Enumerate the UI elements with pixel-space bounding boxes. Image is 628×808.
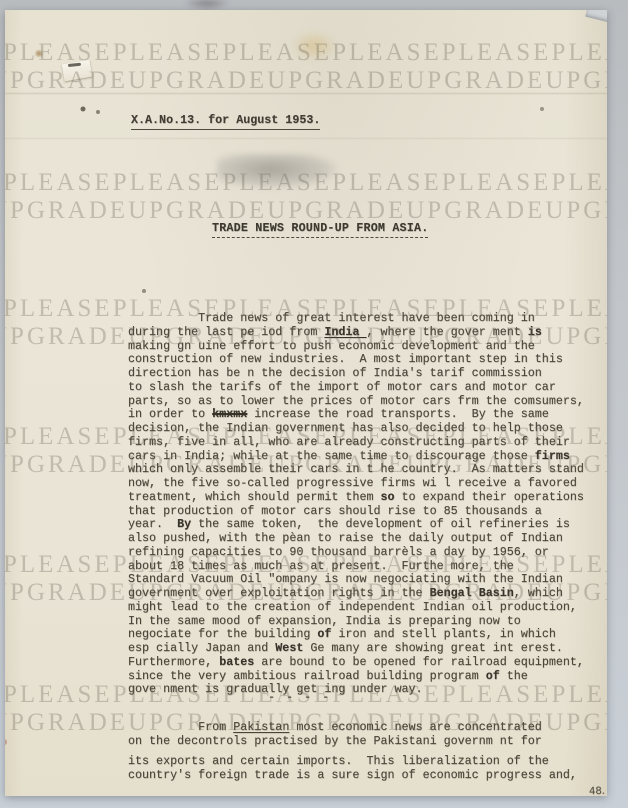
typed-line: that production of motor cars should ris… — [128, 505, 584, 519]
paragraph-pakistan: From Pakistan most economic news are con… — [128, 721, 577, 783]
typed-line: firms, five in all, who are already cons… — [128, 436, 584, 450]
document-reference: X.A.No.13. for August 1953. — [131, 113, 320, 130]
typed-line: since the very ambitious railroad buildi… — [128, 670, 584, 684]
typed-line: decision, the Indian government has also… — [128, 422, 584, 436]
typed-line: From Pakistan most economic news are con… — [128, 721, 577, 735]
paper-sheet: X.A.No.13. for August 1953. TRADE NEWS R… — [5, 10, 607, 796]
typed-line: also pushed, with the pèan to raise the … — [128, 532, 584, 546]
typed-line: country's foreign trade is a sure sign o… — [128, 769, 577, 783]
typed-line: about 18 times as much as at present. Fu… — [128, 560, 584, 574]
typed-line: gove nment is gradually get ing under wa… — [128, 683, 584, 697]
typed-line: esp cially Japan and West Ge many are sh… — [128, 642, 584, 656]
paragraph-india: Trade news of great interest have been c… — [128, 312, 584, 697]
typed-line: its exports and certain imports. This li… — [128, 755, 577, 769]
typed-line: year. By the same token, the development… — [128, 518, 584, 532]
document-content: X.A.No.13. for August 1953. TRADE NEWS R… — [5, 10, 607, 796]
typed-line: making gn uine effort to push economic d… — [128, 340, 584, 354]
separator-dashes: - - - - — [268, 690, 331, 704]
page-number: 48. — [589, 786, 605, 796]
typed-line: on the decontrols practised by the Pakis… — [128, 735, 577, 749]
typed-line: government over exploitation rights in t… — [128, 587, 584, 601]
typed-line: parts, so as to lower the prices of moto… — [128, 395, 584, 409]
typed-line: now, the five so-called progressive firm… — [128, 477, 584, 491]
typed-line: cars in India; while at the same time to… — [128, 450, 584, 464]
typed-line: refining capacities to 90 thousand barrè… — [128, 546, 584, 560]
typed-line: to slash the tarifs of the import of mot… — [128, 381, 584, 395]
typed-line: negociate for the building of iron and s… — [128, 628, 584, 642]
typed-line: In the same mood of expansion, India is … — [128, 615, 584, 629]
typed-line: Standard Vacuum Oil "ompany is now negoc… — [128, 573, 584, 587]
typed-line: might lead to the creation of independen… — [128, 601, 584, 615]
typed-line: treatment, which should permit them so t… — [128, 491, 584, 505]
document-title: TRADE NEWS ROUND-UP FROM ASIA. — [212, 221, 428, 238]
typed-line: Trade news of great interest have been c… — [128, 312, 584, 326]
typed-line: which only assemble their cars in t he c… — [128, 463, 584, 477]
typed-line: in order to kmxmx increase the road tran… — [128, 408, 584, 422]
typed-line: construction of new industries. A most i… — [128, 353, 584, 367]
typed-line: Furthermore, bates are bound to be opene… — [128, 656, 584, 670]
scanned-document-view: X.A.No.13. for August 1953. TRADE NEWS R… — [0, 0, 628, 808]
typed-line: direction has be n the decision of India… — [128, 367, 584, 381]
typed-line: during the last pe iod from India , wher… — [128, 326, 584, 340]
